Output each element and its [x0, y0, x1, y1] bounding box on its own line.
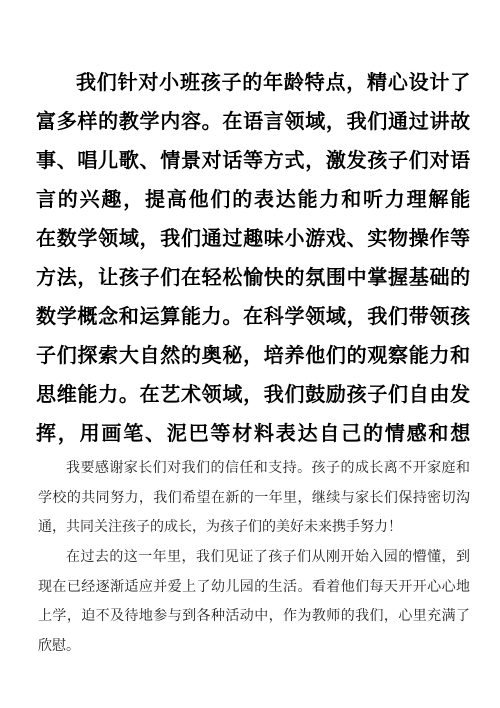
- text-line: 方法，让孩子们在轻松愉快的氛围中掌握基础的: [36, 259, 470, 298]
- text-line: 在数学领域，我们通过趣味小游戏、实物操作等: [36, 220, 470, 259]
- text-line: 欣慰。: [38, 632, 470, 662]
- text-line: 子们探索大自然的奥秘，培养他们的观察能力和: [36, 337, 470, 376]
- text-line: 数学概念和运算能力。在科学领域，我们带领孩: [36, 298, 470, 337]
- text-line: 我们针对小班孩子的年龄特点，精心设计了丰: [36, 64, 470, 103]
- text-line: 富多样的教学内容。在语言领域，我们通过讲故: [36, 103, 470, 142]
- text-line: 学校的共同努力，我们希望在新的一年里，继续与家长们保持密切沟: [38, 484, 470, 514]
- serif-paragraph-thanks: 我要感谢家长们对我们的信任和支持。孩子的成长离不开家庭和 学校的共同努力，我们希…: [38, 454, 470, 543]
- bold-paragraph: 我们针对小班孩子的年龄特点，精心设计了丰 富多样的教学内容。在语言领域，我们通过…: [36, 64, 470, 454]
- text-line: 通，共同关注孩子的成长，为孩子们的美好未来携手努力！: [38, 513, 470, 543]
- text-line: 事、唱儿歌、情景对话等方式，激发孩子们对语: [36, 142, 470, 181]
- text-line: 言的兴趣，提高他们的表达能力和听力理解能力。: [36, 181, 470, 220]
- text-line: 在过去的这一年里，我们见证了孩子们从刚开始入园的懵懂，到: [38, 543, 470, 573]
- text-line: 我要感谢家长们对我们的信任和支持。孩子的成长离不开家庭和: [38, 454, 470, 484]
- text-line: 上学，迫不及待地参与到各种活动中，作为教师的我们，心里充满了: [38, 602, 470, 632]
- text-line: 现在已经逐渐适应并爱上了幼儿园的生活。看着他们每天开开心心地: [38, 573, 470, 603]
- serif-paragraph-review: 在过去的这一年里，我们见证了孩子们从刚开始入园的懵懂，到 现在已经逐渐适应并爱上…: [38, 543, 470, 662]
- document-page: 我们针对小班孩子的年龄特点，精心设计了丰 富多样的教学内容。在语言领域，我们通过…: [0, 0, 500, 708]
- text-line: 挥，用画笔、泥巴等材料表达自己的情感和想象。: [36, 415, 470, 454]
- text-line: 思维能力。在艺术领域，我们鼓励孩子们自由发: [36, 376, 470, 415]
